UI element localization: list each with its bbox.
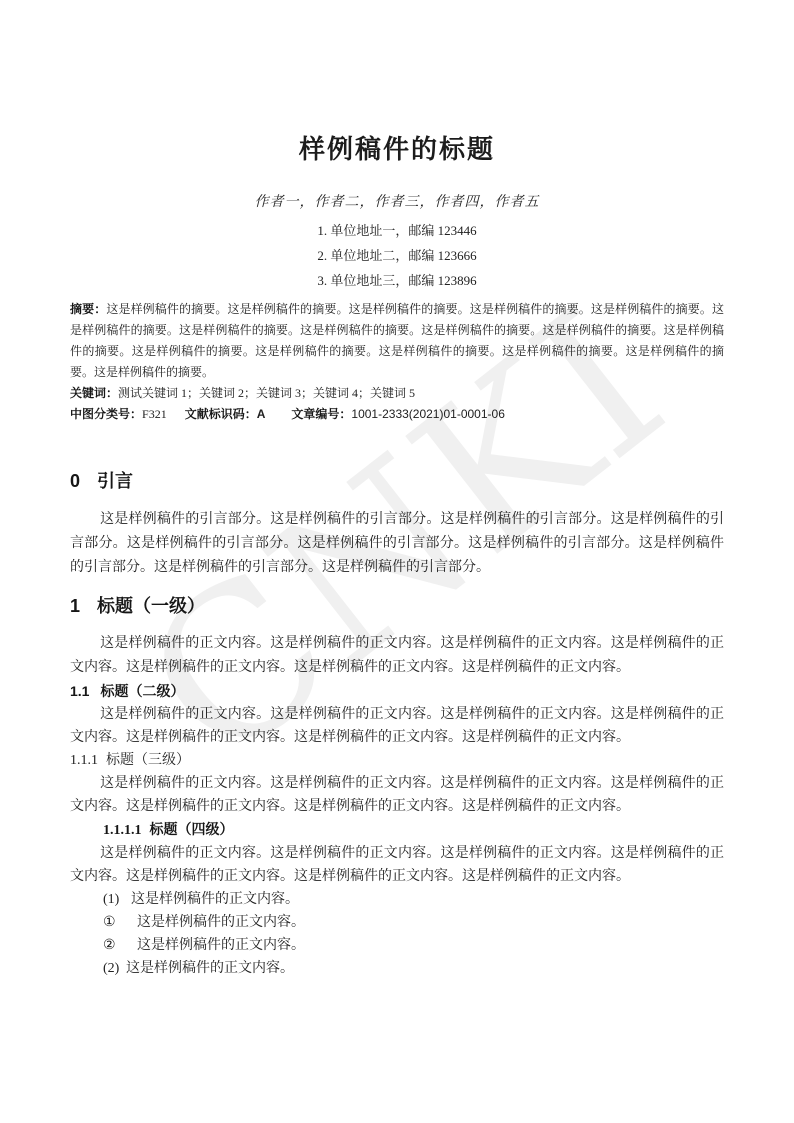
list-item: (1)这是样例稿件的正文内容。: [70, 888, 724, 911]
abstract-label: 摘要：: [70, 302, 106, 316]
list-text: 这是样例稿件的正文内容。: [137, 938, 305, 953]
authors-line: 作者一，作者二，作者三，作者四，作者五: [70, 193, 724, 213]
section-heading-1-1-1-1: 1.1.1.1标题（四级）: [70, 818, 724, 842]
section-heading-1: 1标题（一级）: [70, 594, 724, 619]
classification-line: 中图分类号：F321文献标识码：A文章编号：1001-2333(2021)01-…: [70, 404, 724, 425]
section-number: 1.1: [70, 683, 89, 699]
section-heading-1-1-1: 1.1.1标题（三级）: [70, 749, 724, 772]
keywords-text: 测试关键词 1；关键词 2；关键词 3；关键词 4；关键词 5: [118, 386, 415, 400]
affiliation-line: 3. 单位地址三，邮编 123896: [70, 268, 724, 293]
body-paragraph: 这是样例稿件的正文内容。这是样例稿件的正文内容。这是样例稿件的正文内容。这是样例…: [70, 772, 724, 818]
list-marker: ①: [103, 911, 137, 934]
section-heading-intro: 0引言: [70, 469, 724, 494]
keywords-line: 关键词：测试关键词 1；关键词 2；关键词 3；关键词 4；关键词 5: [70, 383, 724, 404]
body-paragraph: 这是样例稿件的正文内容。这是样例稿件的正文内容。这是样例稿件的正文内容。这是样例…: [70, 842, 724, 888]
section-title: 标题（二级）: [100, 683, 184, 699]
keywords-label: 关键词：: [70, 386, 118, 400]
section-number: 1: [70, 596, 80, 616]
section-number: 0: [70, 471, 80, 491]
article-no-label: 文章编号：: [291, 407, 351, 421]
doc-code-label: 文献标识码：: [185, 407, 257, 421]
list-text: 这是样例稿件的正文内容。: [137, 915, 305, 930]
manuscript-page: { "doc": { "title": "样例稿件的标题", "authors"…: [0, 0, 794, 1123]
abstract-paragraph: 摘要：这是样例稿件的摘要。这是样例稿件的摘要。这是样例稿件的摘要。这是样例稿件的…: [70, 299, 724, 383]
list-item: ①这是样例稿件的正文内容。: [70, 911, 724, 934]
body-paragraph: 这是样例稿件的正文内容。这是样例稿件的正文内容。这是样例稿件的正文内容。这是样例…: [70, 703, 724, 749]
affiliation-line: 2. 单位地址二，邮编 123666: [70, 243, 724, 268]
body-paragraph: 这是样例稿件的正文内容。这是样例稿件的正文内容。这是样例稿件的正文内容。这是样例…: [70, 632, 724, 680]
clc-label: 中图分类号：: [70, 407, 142, 421]
section-number: 1.1.1.1: [103, 823, 142, 838]
list-marker: ②: [103, 934, 137, 957]
document-title: 样例稿件的标题: [70, 131, 724, 167]
section-title: 标题（一级）: [97, 596, 205, 616]
abstract-text: 这是样例稿件的摘要。这是样例稿件的摘要。这是样例稿件的摘要。这是样例稿件的摘要。…: [70, 302, 724, 379]
section-title: 标题（四级）: [150, 821, 234, 837]
manuscript-content: 样例稿件的标题 作者一，作者二，作者三，作者四，作者五 1. 单位地址一，邮编 …: [0, 0, 794, 1123]
list-item: ②这是样例稿件的正文内容。: [70, 934, 724, 957]
intro-paragraph: 这是样例稿件的引言部分。这是样例稿件的引言部分。这是样例稿件的引言部分。这是样例…: [70, 508, 724, 580]
section-heading-1-1: 1.1标题（二级）: [70, 680, 724, 703]
article-no-value: 1001-2333(2021)01-0001-06: [351, 407, 504, 421]
list-item: (2)这是样例稿件的正文内容。: [70, 957, 724, 980]
clc-value: F321: [142, 407, 167, 421]
affiliation-line: 1. 单位地址一，邮编 123446: [70, 218, 724, 243]
list-marker: (2): [103, 957, 126, 980]
section-title: 标题（三级）: [106, 753, 190, 768]
list-text: 这是样例稿件的正文内容。: [126, 961, 294, 976]
section-number: 1.1.1: [70, 753, 98, 768]
doc-code-value: A: [257, 407, 266, 421]
list-marker: (1): [103, 888, 131, 911]
list-text: 这是样例稿件的正文内容。: [131, 892, 299, 907]
section-title: 引言: [97, 471, 133, 491]
affiliations: 1. 单位地址一，邮编 123446 2. 单位地址二，邮编 123666 3.…: [70, 218, 724, 293]
